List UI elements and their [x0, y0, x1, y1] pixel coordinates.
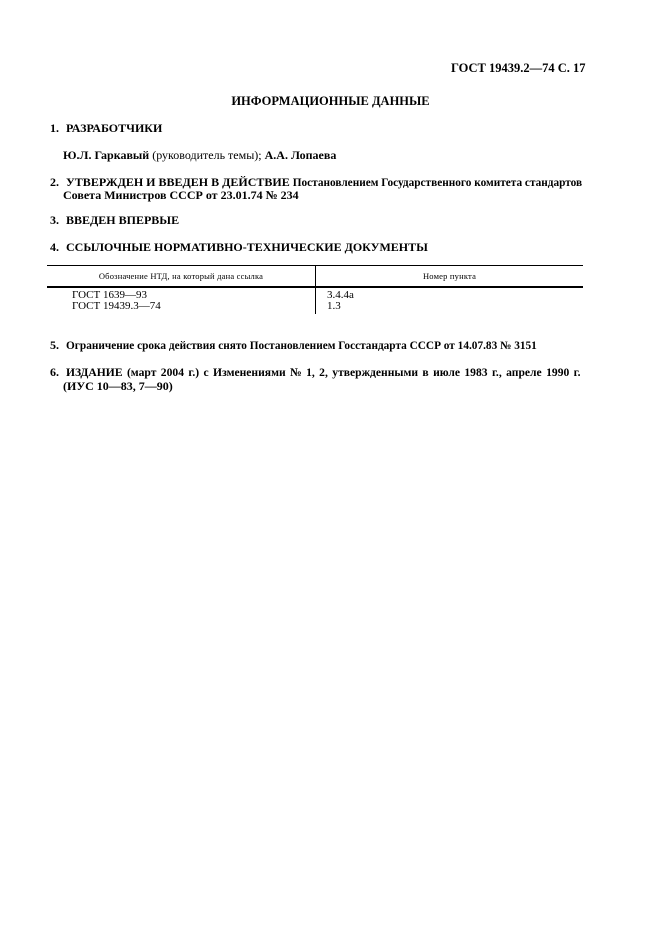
section-number: 6. [50, 365, 63, 380]
section-heading: ВВЕДЕН ВПЕРВЫЕ [66, 213, 179, 227]
table-header-designation: Обозначение НТД, на который дана ссылка [47, 271, 315, 281]
section-number: 5. [50, 338, 63, 353]
section-text: Ограничение срока действия снято Постано… [66, 340, 537, 352]
table-cell: 1.3 [327, 301, 341, 311]
section-4: 4.ССЫЛОЧНЫЕ НОРМАТИВНО-ТЕХНИЧЕСКИЕ ДОКУМ… [50, 240, 428, 255]
section-6: 6.ИЗДАНИЕ (март 2004 г.) с Изменениями №… [50, 365, 581, 380]
section-text: ИЗДАНИЕ (март 2004 г.) с Изменениями № 1… [66, 366, 581, 379]
section-2-line2: Совета Министров СССР от 23.01.74 № 234 [63, 188, 299, 203]
table-cell: ГОСТ 19439.3—74 [72, 301, 161, 311]
section-number: 4. [50, 240, 63, 255]
developer-role: (руководитель темы); [152, 148, 261, 162]
section-1: 1.РАЗРАБОТЧИКИ [50, 121, 162, 136]
running-head: ГОСТ 19439.2—74 С. 17 [451, 61, 586, 76]
section-heading: УТВЕРЖДЕН И ВВЕДЕН В ДЕЙСТВИЕ [66, 175, 290, 189]
section-heading: ССЫЛОЧНЫЕ НОРМАТИВНО-ТЕХНИЧЕСКИЕ ДОКУМЕН… [66, 240, 428, 254]
section-number: 1. [50, 121, 63, 136]
developer-name: А.А. Лопаева [265, 148, 337, 162]
table-cell: 3.4.4а [327, 290, 354, 300]
section-heading: РАЗРАБОТЧИКИ [66, 121, 162, 135]
reference-table: Обозначение НТД, на который дана ссылка … [47, 265, 583, 315]
page-title: ИНФОРМАЦИОННЫЕ ДАННЫЕ [0, 94, 661, 109]
section-text: Постановлением Государственного комитета… [293, 177, 582, 189]
section-3: 3.ВВЕДЕН ВПЕРВЫЕ [50, 213, 179, 228]
section-5: 5.Ограничение срока действия снято Поста… [50, 338, 537, 353]
section-number: 3. [50, 213, 63, 228]
table-cell: ГОСТ 1639—93 [72, 290, 147, 300]
developer-name: Ю.Л. Гаркавый [63, 148, 149, 162]
section-6-line2: (ИУС 10—83, 7—90) [63, 379, 173, 394]
developers-line: Ю.Л. Гаркавый (руководитель темы); А.А. … [63, 148, 336, 163]
section-number: 2. [50, 175, 63, 190]
table-header-clause: Номер пункта [316, 271, 583, 281]
